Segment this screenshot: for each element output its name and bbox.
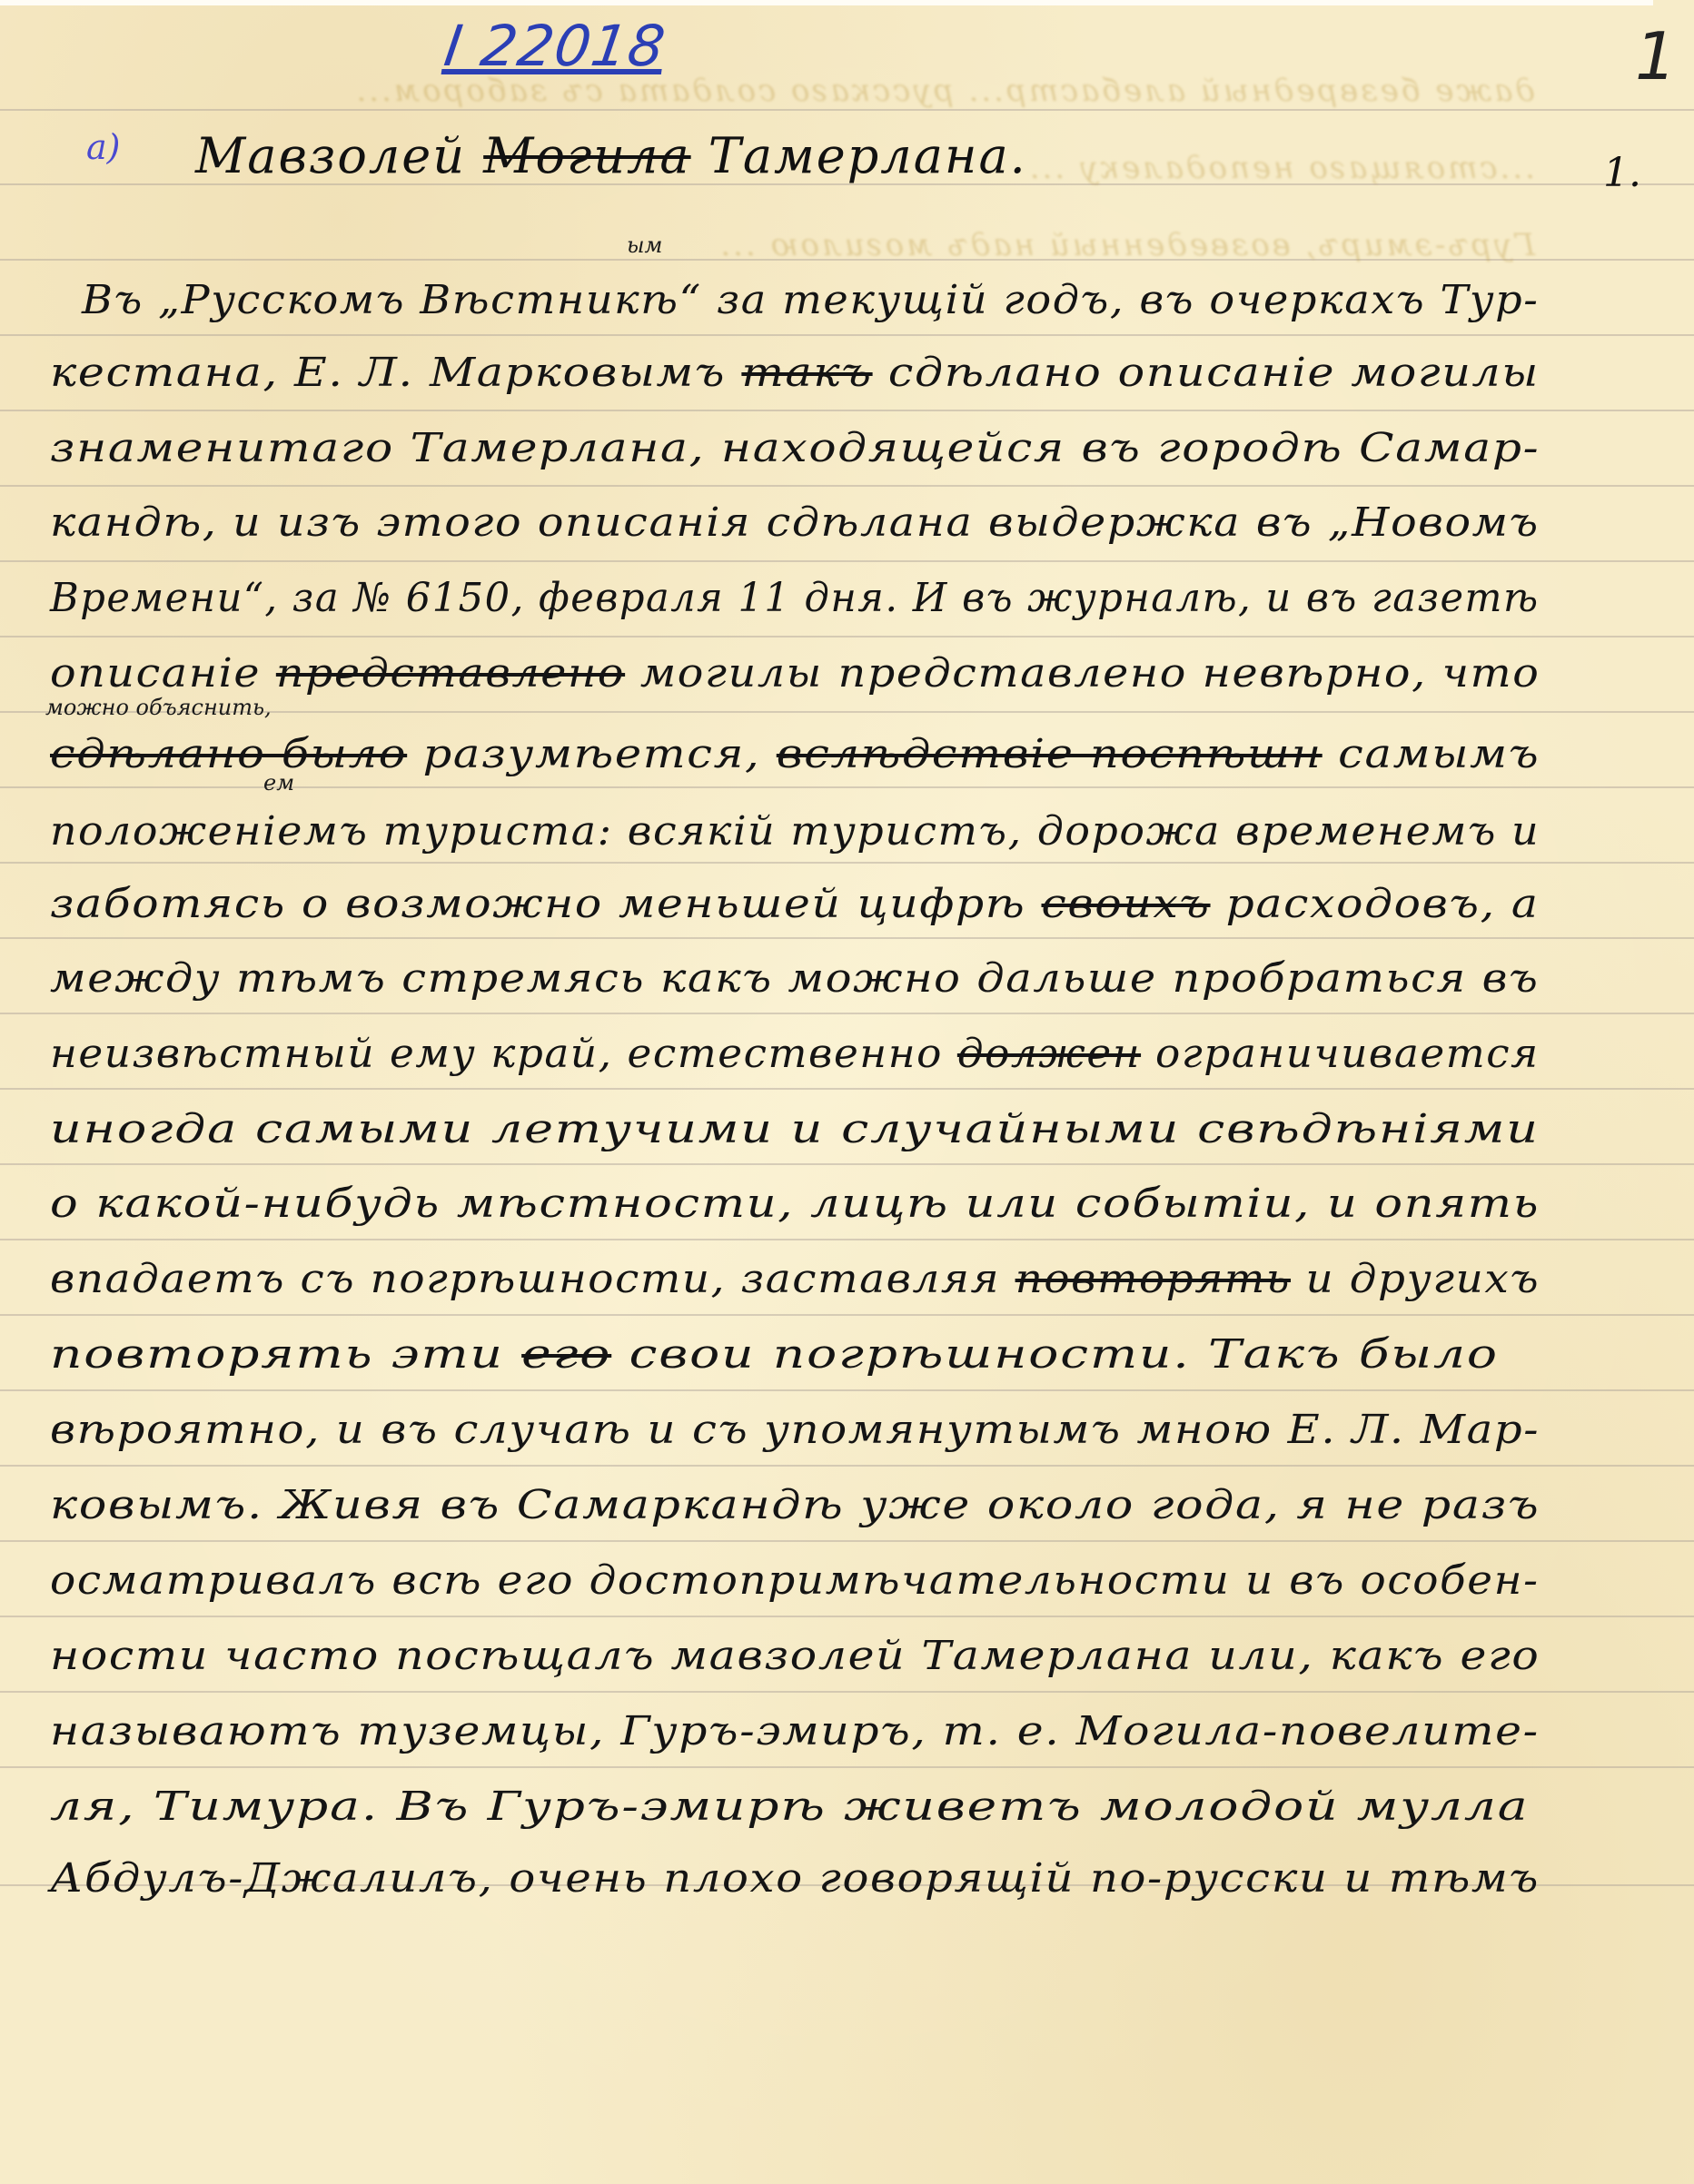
archive-number: I 22018 [441, 13, 669, 79]
interlinear-insertion: ым [627, 232, 662, 258]
rule-line [0, 1088, 1694, 1090]
text-line-21: ля, Тимура. Въ Гуръ-эмирѣ живетъ молодой… [50, 1784, 1529, 1830]
text-line-7: сдѣлано было разумѣется, вслѣдствіе посп… [50, 731, 1540, 777]
text-line-5: Времени“, за № 6150, февраля 11 дня. И в… [50, 575, 1540, 621]
item-label: а) [86, 127, 120, 167]
struck-word: представлено [276, 650, 625, 697]
text-line-18: осматривалъ всѣ его достопримѣчательност… [50, 1557, 1540, 1604]
rule-line [0, 1766, 1694, 1768]
struck-word: повторять [1015, 1256, 1291, 1302]
text-line-22: Абдулъ-Джалилъ, очень плохо говорящій по… [50, 1855, 1540, 1902]
bleed-through-text: даже безвредный алебастр... русскаго сол… [27, 73, 1535, 109]
text-line-4: кандѣ, и изъ этого описанія сдѣлана выде… [50, 499, 1540, 546]
text-line-19: ности часто посѣщалъ мавзолей Тамерлана … [50, 1633, 1540, 1679]
text-line-11: неизвѣстный ему край, естественно должен… [50, 1031, 1540, 1077]
text-line-20: называютъ туземцы, Гуръ-эмиръ, т. е. Мог… [50, 1708, 1540, 1754]
rule-line [0, 1691, 1694, 1693]
sheet-mark: 1. [1603, 150, 1641, 196]
struck-word: своихъ [1041, 881, 1210, 927]
text-line-1: Въ „Русскомъ Вѣстникѣ“ за текущій годъ, … [82, 277, 1539, 323]
rule-line [0, 862, 1694, 864]
text-line-12: иногда самыми летучими и случайными свѣд… [50, 1106, 1540, 1152]
text-line-15: повторять эти его свои погрѣшности. Такъ… [50, 1331, 1499, 1378]
rule-line [0, 560, 1694, 562]
struck-word: его [521, 1331, 611, 1378]
rule-line [0, 410, 1694, 411]
page-number: 1 [1635, 18, 1677, 94]
text-line-6: описаніе представлено могилы представлен… [50, 650, 1540, 697]
rule-line [0, 1540, 1694, 1542]
rule-line [0, 636, 1694, 637]
page-top-edge [0, 0, 1653, 5]
rule-line [0, 485, 1694, 487]
struck-word: сдѣлано было [50, 731, 407, 777]
rule-line [0, 937, 1694, 939]
rule-line [0, 1013, 1694, 1014]
rule-line [0, 1314, 1694, 1316]
text-line-13: о какой-нибудь мѣстности, лицѣ или событ… [50, 1181, 1540, 1227]
text-line-17: ковымъ. Живя въ Самаркандѣ уже около год… [50, 1482, 1540, 1528]
text-line-10: между тѣмъ стремясь какъ можно дальше пр… [50, 955, 1539, 1002]
rule-line [0, 1239, 1694, 1240]
text-line-2: кестана, Е. Л. Марковымъ такъ сдѣлано оп… [50, 350, 1540, 396]
manuscript-page: даже безвредный алебастр... русскаго сол… [0, 0, 1694, 2184]
text-line-3: знаменитаго Тамерлана, находящейся въ го… [50, 425, 1540, 471]
rule-line [0, 1616, 1694, 1617]
struck-word: такъ [741, 350, 872, 396]
text-line-8: положеніемъ туриста: всякій туристъ, дор… [50, 808, 1540, 855]
interlinear-insertion: можно объяснить, [45, 695, 272, 720]
rule-line [0, 1465, 1694, 1467]
rule-line [0, 334, 1694, 336]
bleed-through-text: Гуръ-эмиръ, возведенный надъ могилою ... [27, 227, 1535, 263]
struck-word: должен [957, 1031, 1141, 1077]
text-line-14: впадаетъ съ погрѣшности, заставляя повто… [50, 1256, 1540, 1302]
rule-line [0, 109, 1694, 111]
text-line-16: вѣроятно, и въ случаѣ и съ упомянутымъ м… [50, 1407, 1540, 1453]
rule-line [0, 1389, 1694, 1391]
struck-word: Могила [483, 127, 690, 184]
struck-word: вслѣдствіе поспѣшн [777, 731, 1323, 777]
rule-line [0, 1163, 1694, 1165]
text-line-9: заботясь о возможно меньшей цифрѣ своихъ… [50, 881, 1540, 927]
rule-line [0, 786, 1694, 788]
page-title: Мавзолей Могила Тамерлана. [195, 127, 1027, 184]
